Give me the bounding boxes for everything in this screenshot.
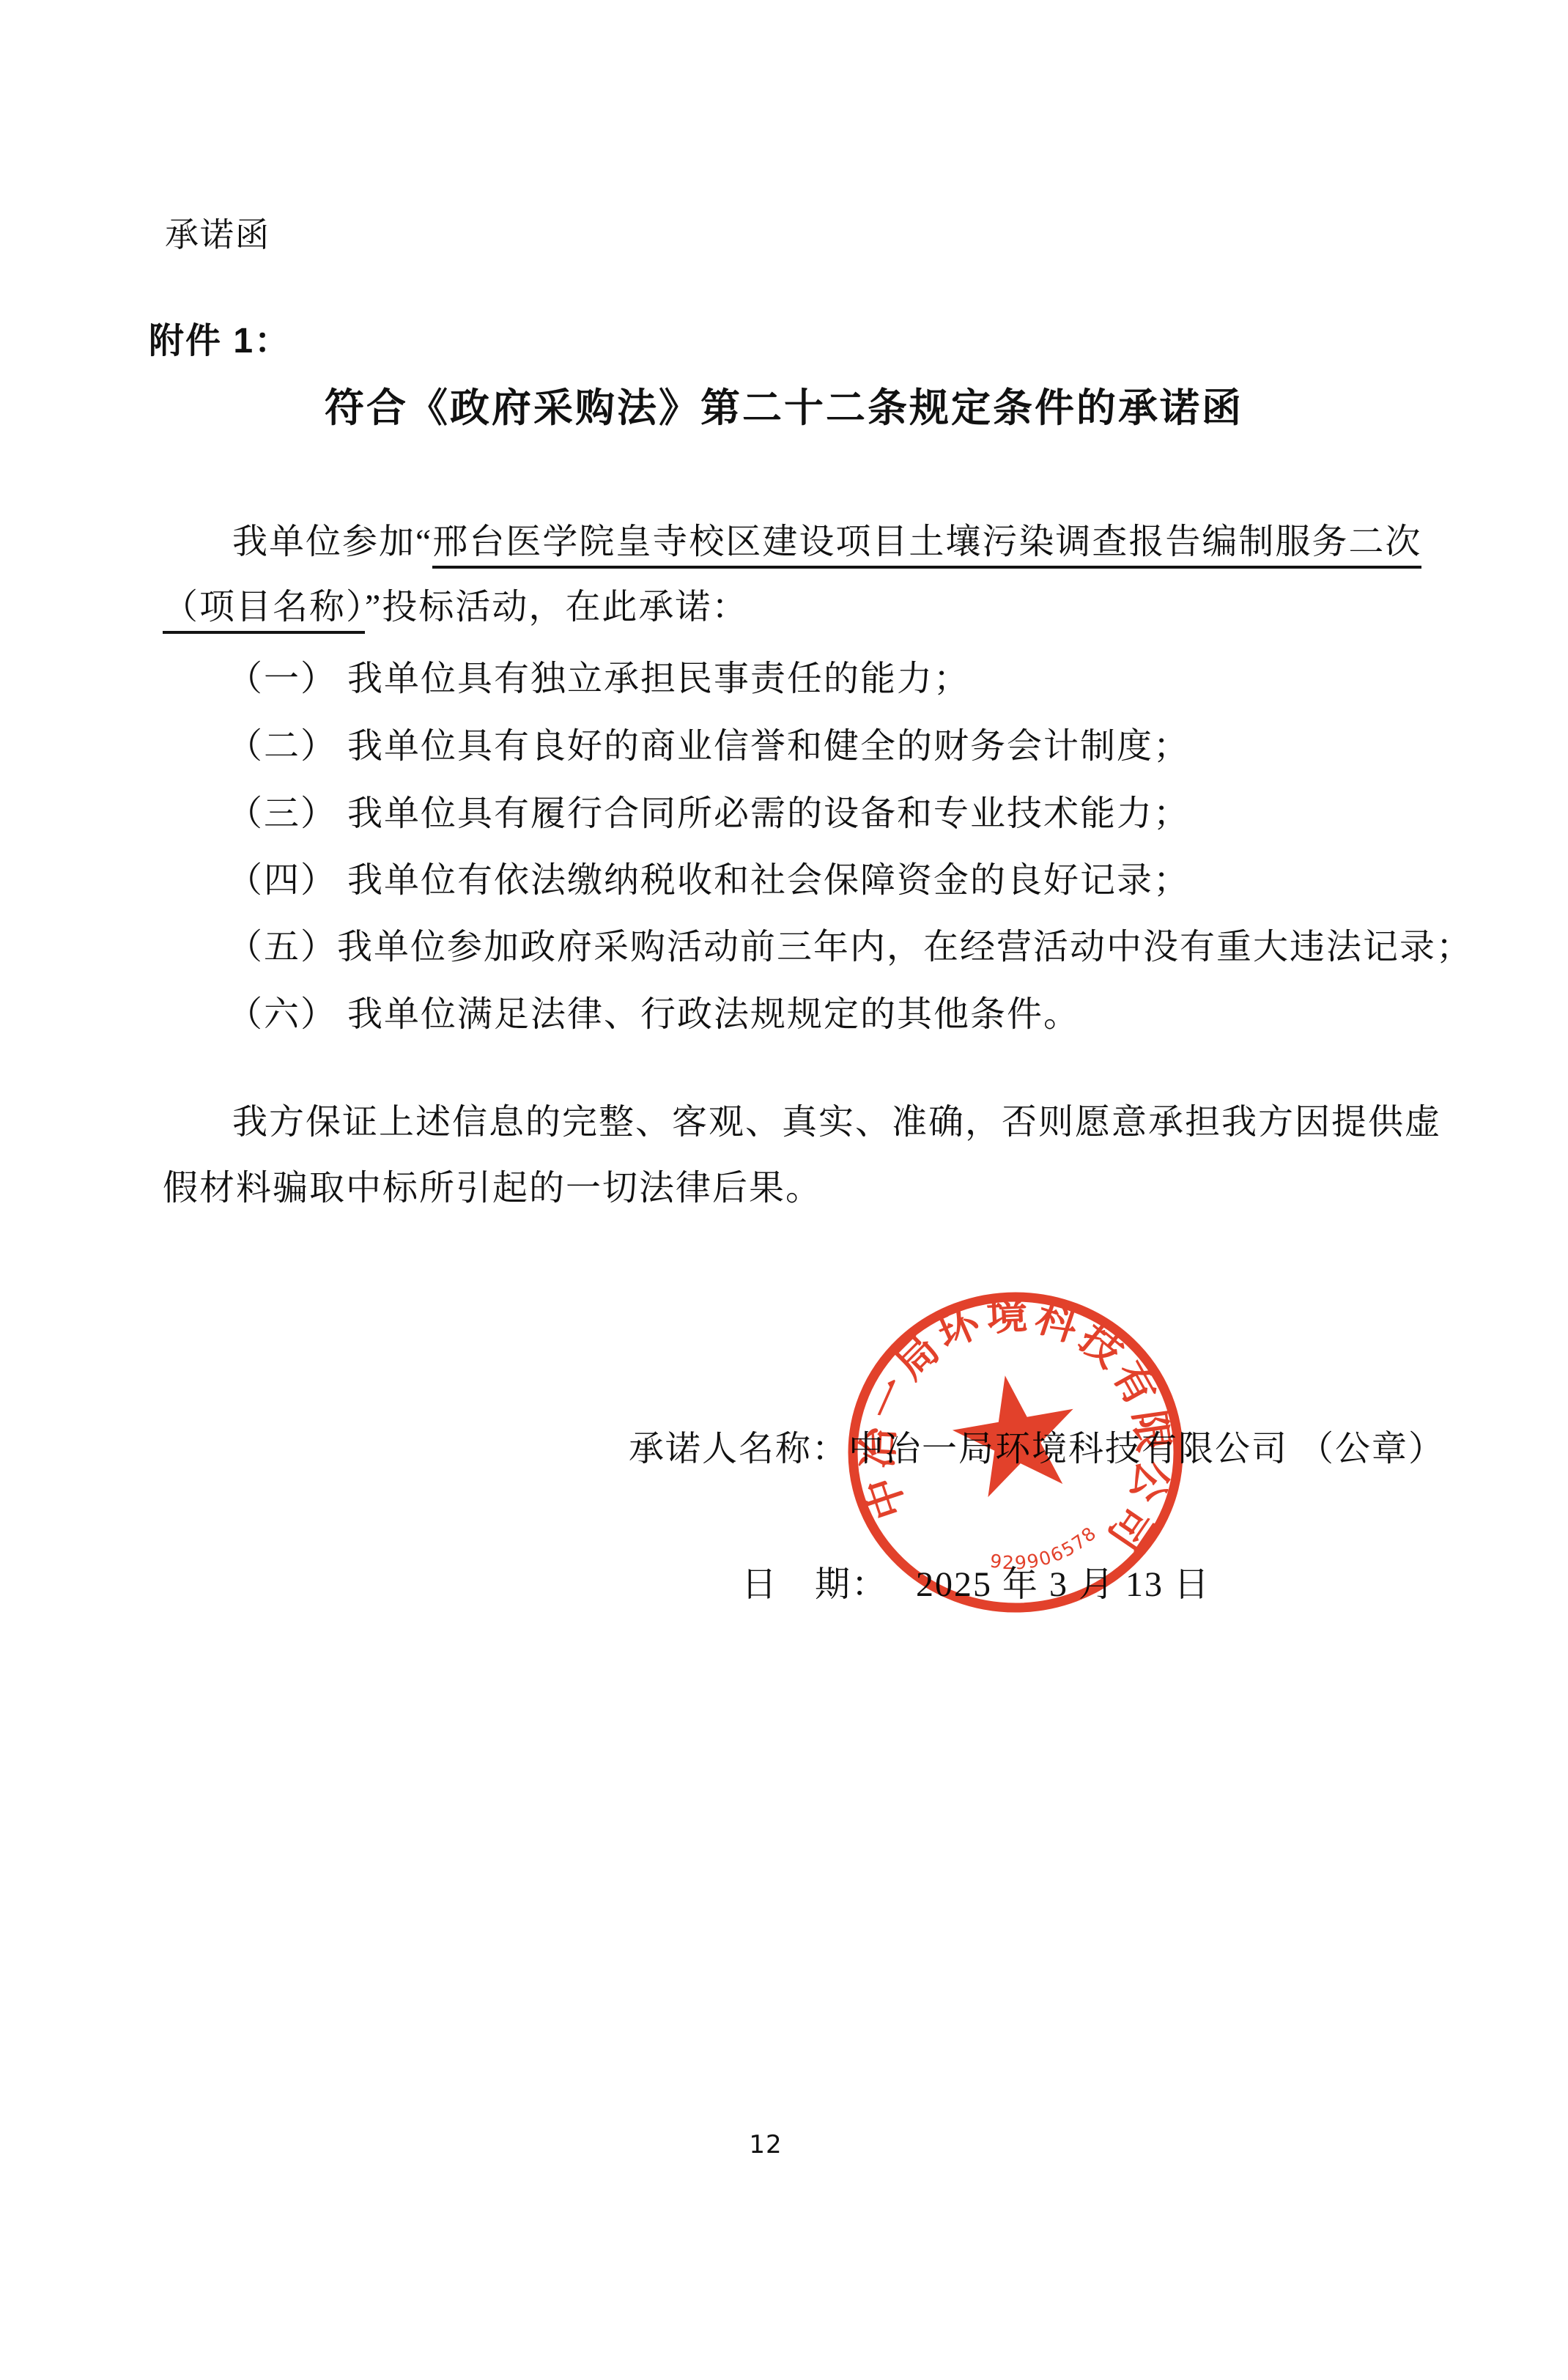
- company-seal-stamp: 中冶一局环境科技有限公司 929906578: [843, 1287, 1188, 1618]
- document-page: 承诺函 附件 1： 符合《政府采购法》第二十二条规定条件的承诺函 我单位参加“邢…: [0, 0, 1568, 2380]
- commitment-item-4: （四） 我单位有依法缴纳税收和社会保障资金的良好记录；: [227, 859, 1190, 903]
- seal-number-text: 929906578: [988, 1512, 1103, 1583]
- p1-suffix: ”投标活动，在此承诺：: [365, 588, 748, 627]
- seal-star-icon: [953, 1375, 1073, 1497]
- paragraph1-line1: 我单位参加“邢台医学院皇寺校区建设项目土壤污染调查报告编制服务二次: [232, 520, 1421, 564]
- commitment-item-6: （六） 我单位满足法律、行政法规规定的其他条件。: [227, 993, 1080, 1037]
- commitment-item-2: （二） 我单位具有良好的商业信誉和健全的财务会计制度；: [227, 725, 1190, 769]
- project-name-underlined: 邢台医学院皇寺校区建设项目土壤污染调查报告编制服务二次: [432, 522, 1421, 569]
- commitment-item-1: （一） 我单位具有独立承担民事责任的能力；: [227, 657, 970, 701]
- commitment-item-3: （三） 我单位具有履行合同所必需的设备和专业技术能力；: [227, 792, 1190, 836]
- paragraph1-line2: （项目名称）”投标活动，在此承诺：: [163, 585, 748, 629]
- page-title: 符合《政府采购法》第二十二条规定条件的承诺函: [0, 384, 1568, 434]
- project-name-placeholder: （项目名称）: [163, 588, 365, 634]
- signature-seal-note: （公章）: [1288, 1430, 1445, 1468]
- page-number: 12: [0, 2129, 1531, 2161]
- paragraph2-line2: 假材料骗取中标所引起的一切法律后果。: [163, 1167, 822, 1211]
- attachment-label: 附件 1：: [149, 319, 291, 363]
- p1-prefix: 我单位参加“: [232, 522, 432, 561]
- signature-label: 承诺人名称：: [629, 1430, 848, 1468]
- doc-label: 承诺函: [165, 214, 270, 256]
- paragraph2-line1: 我方保证上述信息的完整、客观、真实、准确，否则愿意承担我方因提供虚: [232, 1101, 1441, 1145]
- commitment-item-5: （五）我单位参加政府采购活动前三年内，在经营活动中没有重大违法记录；: [227, 925, 1473, 969]
